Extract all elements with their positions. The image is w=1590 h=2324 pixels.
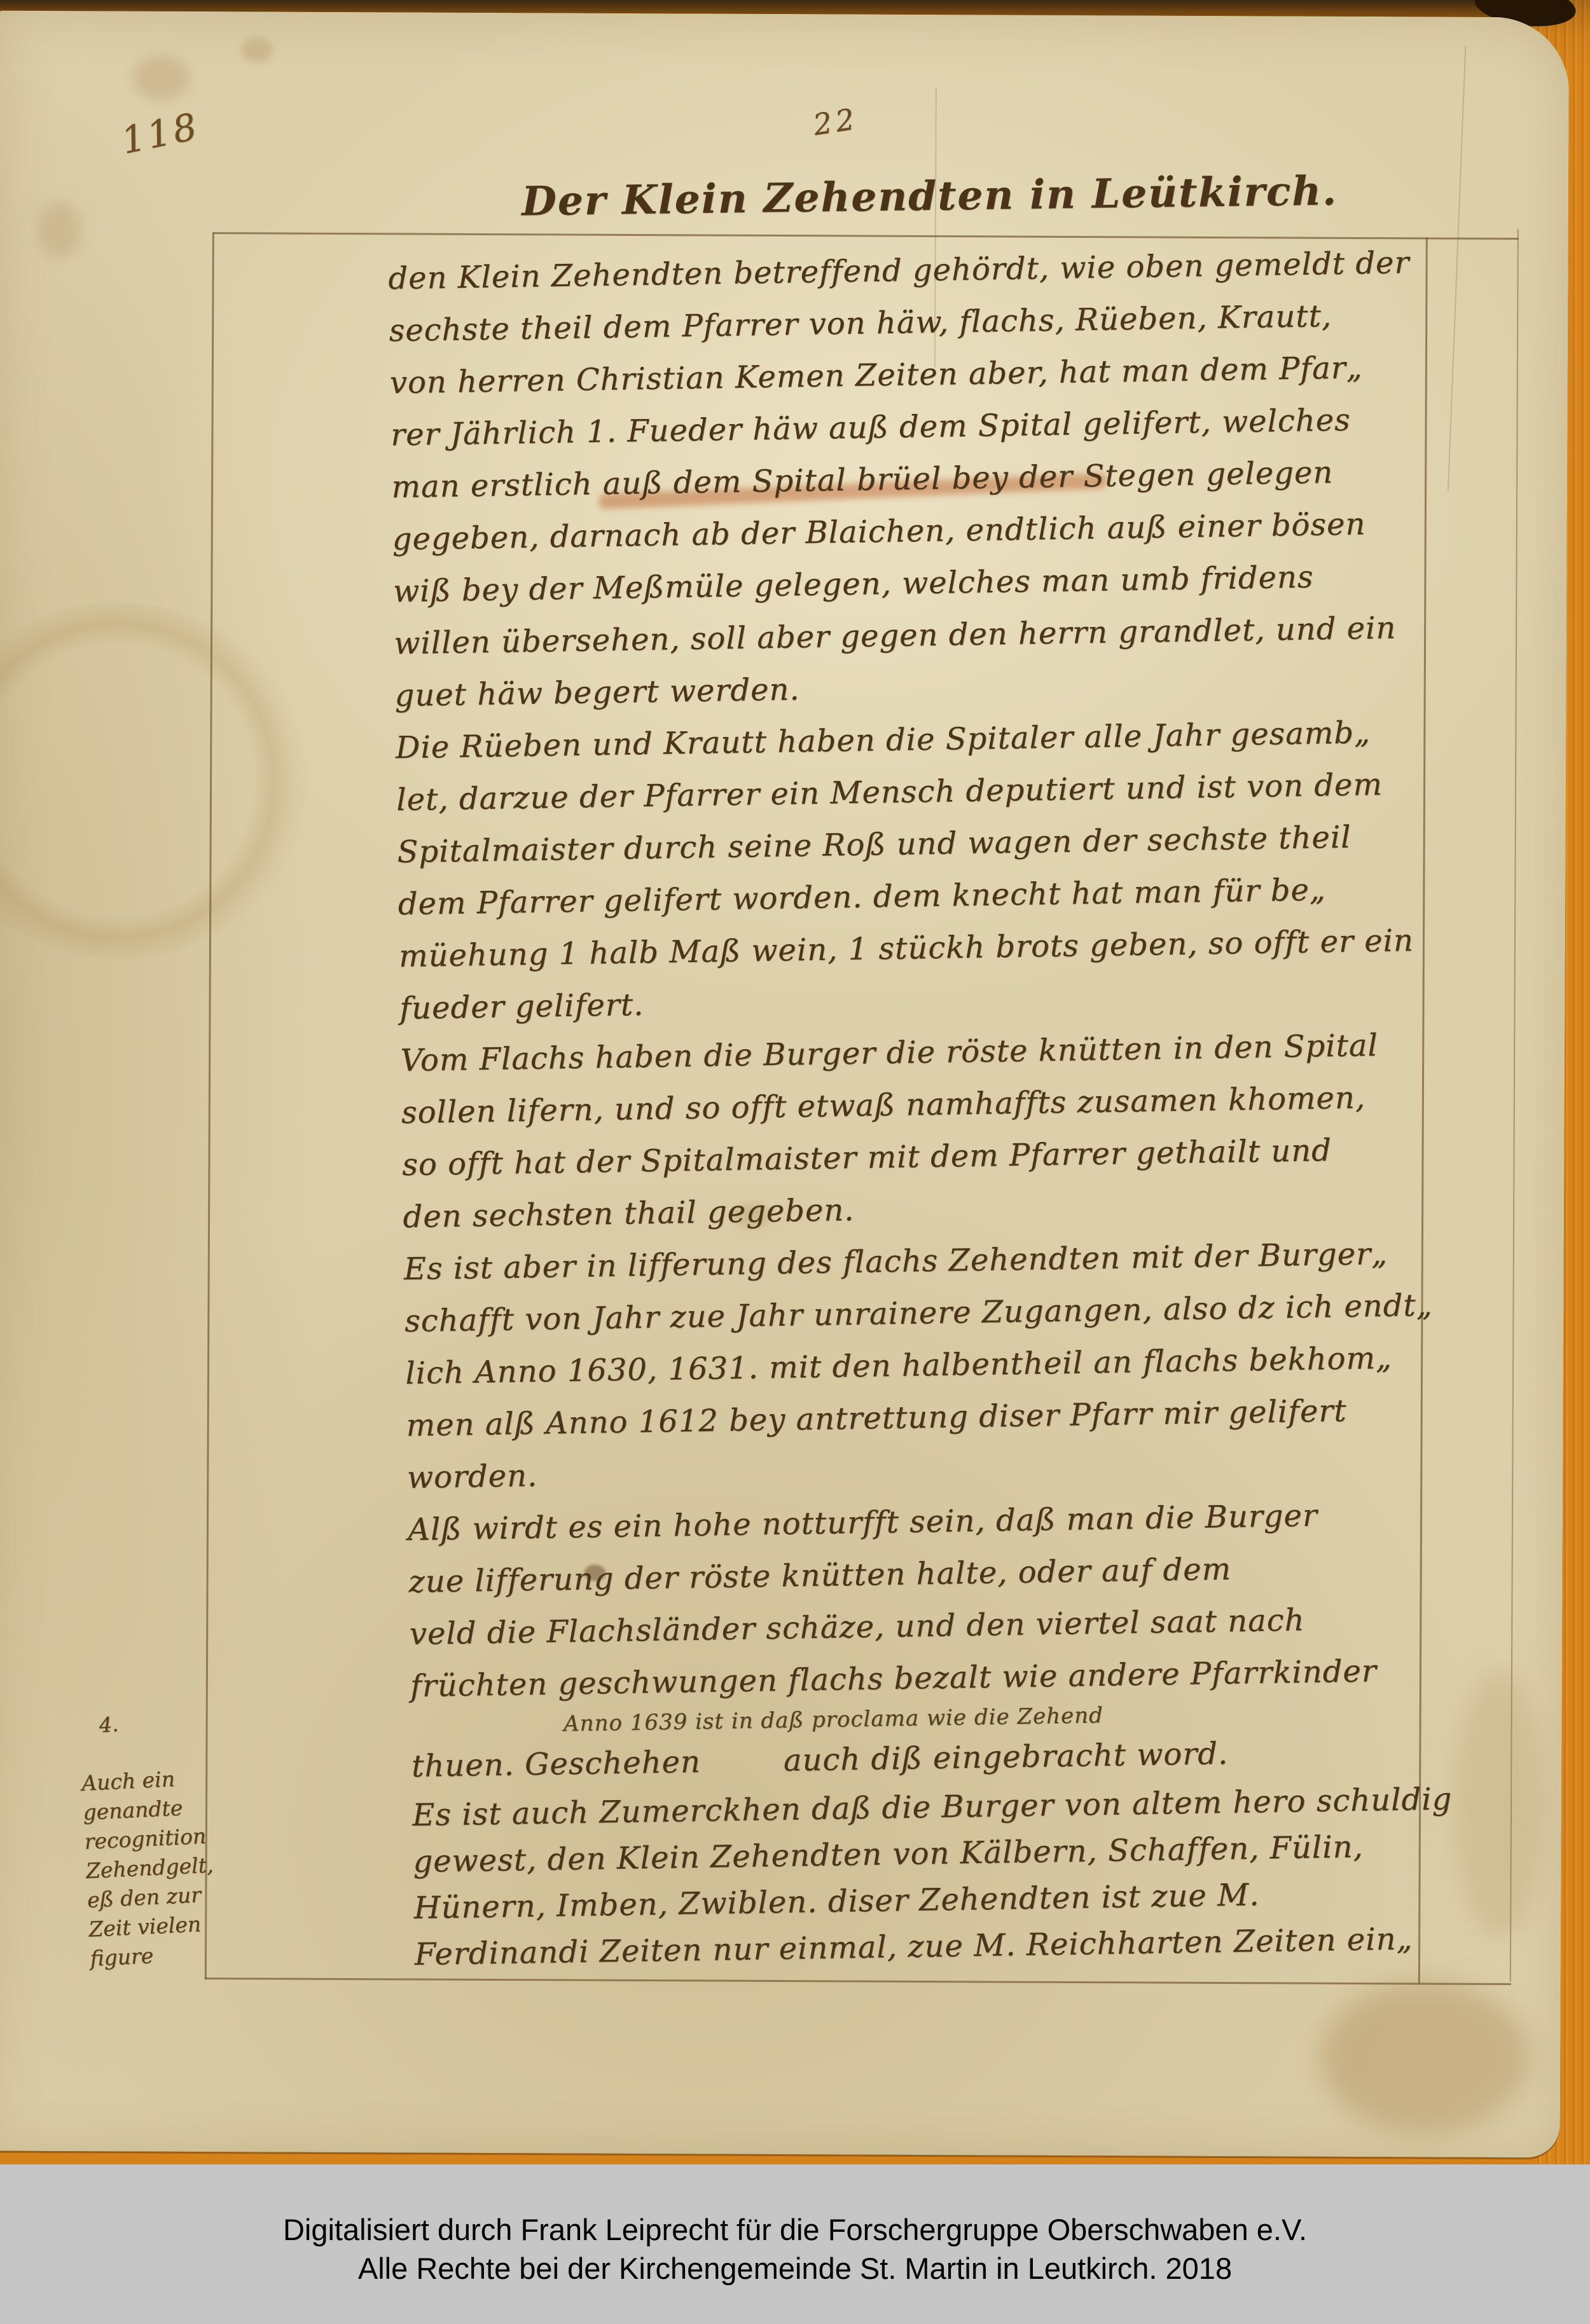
stain	[1320, 1981, 1530, 2135]
margin-mark: 4.	[98, 1712, 119, 1737]
paragraph-notturfft: Alß wirdt es ein hohe notturfft sein, da…	[408, 1487, 1470, 1712]
manuscript-body: den Klein Zehendten betreffend gehördt, …	[388, 236, 1474, 1978]
stain	[133, 56, 190, 100]
paragraph-rueben-und-kraut: Die Rüeben und Krautt haben die Spitaler…	[395, 705, 1459, 1035]
paragraph-flachs: Vom Flachs haben die Burger die röste kn…	[400, 1018, 1462, 1243]
paragraph-flachs-lieferung: Es ist aber in lifferung des flachs Zehe…	[403, 1227, 1466, 1504]
margin-note: Auch eingenandterecognitionZehendgelt,eß…	[81, 1754, 396, 1974]
frame-rule-right-outer	[1510, 229, 1519, 1982]
caption-line-2: Alle Rechte bei der Kirchengemeinde St. …	[0, 2249, 1590, 2288]
caption-line-1: Digitalisiert durch Frank Leiprecht für …	[0, 2210, 1590, 2249]
stain	[241, 37, 273, 62]
manuscript-title: Der Klein Zehendten in Leütkirch.	[522, 167, 1338, 225]
water-ring-stain	[0, 602, 308, 959]
archive-page-number: 118	[118, 104, 203, 163]
folio-number: 22	[811, 101, 861, 142]
paragraph-klein-zehnt-vieh: Es ist auch Zumerckhen daß die Burger vo…	[412, 1776, 1474, 1978]
paper-crease	[1448, 46, 1466, 491]
digitization-caption-bar: Digitalisiert durch Frank Leiprecht für …	[0, 2164, 1590, 2324]
paragraph-heu-zehnt: den Klein Zehendten betreffend gehördt, …	[388, 236, 1454, 722]
manuscript-page: 118 22 Der Klein Zehendten in Leütkirch.…	[0, 11, 1569, 2158]
digitized-manuscript-photo: { "photo": { "archive_page_number": "118…	[0, 0, 1590, 2324]
frame-rule-bottom	[205, 1977, 1511, 1985]
stain	[37, 202, 81, 259]
frame-rule-left	[205, 232, 214, 1979]
